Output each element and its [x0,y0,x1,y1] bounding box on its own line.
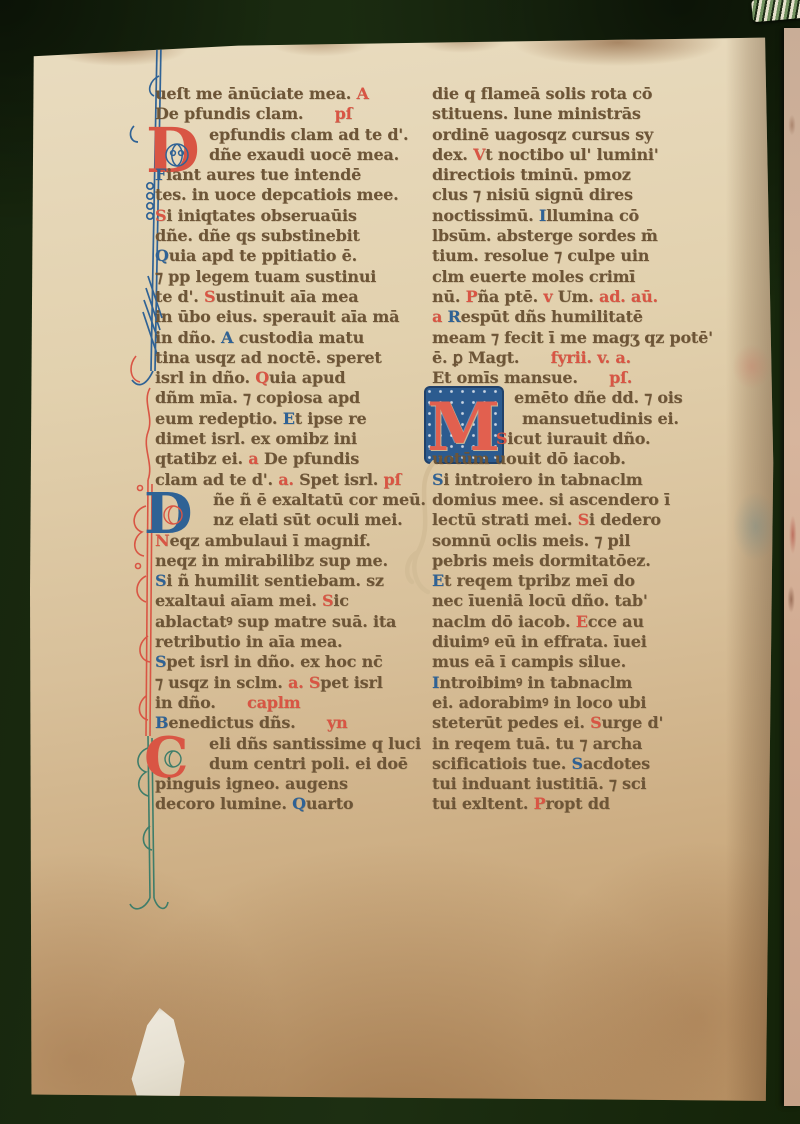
text-line: noctissimū. Illumina cō [432,206,754,226]
text-line: in dño. caplm [155,693,431,713]
text-line: tui induant iustitiā. ⁊ sci [432,774,754,794]
script-text: tes. in uoce depcatiois mee. [155,185,399,204]
text-line: directiois tminū. pmoz [432,165,754,185]
rubric-text: Q [292,794,306,813]
rubric-text: E [432,571,444,590]
script-text: icut iurauit dño. [507,429,650,448]
manuscript-page: D D C M ueſt me ānūciate mea. ADe pfundi… [30,36,774,1102]
script-text: dñm mīa. ⁊ copiosa apd [155,388,360,407]
script-text: clm euerte moles crimī [432,267,635,286]
script-text: nū. [432,287,466,306]
script-text: lbsūm. absterge sordes m̄ [432,226,658,245]
script-text: ⁊ pp legem tuam sustinui [155,267,376,286]
script-text: i dedero [589,510,661,529]
text-line: steterūt pedes ei. Surge d' [432,713,754,733]
script-text: ē. ꝑ Magt. [432,348,525,367]
script-text: dñe exaudi uocē mea. [209,145,399,164]
text-line: uotūm uouit dō iacob. [432,449,754,469]
script-text: i introiero in tabnaclm [443,470,642,489]
rubric-text: S [322,591,333,610]
script-text: uotūm uouit dō iacob. [432,449,626,468]
script-text: pinguis igneo. augens [155,774,348,793]
text-line: retributio in aīa mea. [155,632,431,652]
script-text: ñe ñ ē exaltatū cor meū. [213,490,426,509]
text-line: nz elati sūt oculi mei. [155,510,431,530]
script-text: cce au [588,612,644,631]
script-text: espūt dñs humilitatē [461,307,643,326]
script-text: dum centri poli. ei doē [209,754,408,773]
script-text: retributio in aīa mea. [155,632,342,651]
text-line: naclm dō iacob. Ecce au [432,612,754,632]
rubric-text: a [432,307,448,326]
script-text: ustinuit aīa mea [215,287,358,306]
rubric-text: E [283,409,295,428]
text-line: die q flameā solis rota cō [432,84,754,104]
endband-icon [751,0,800,22]
script-text: Spet isrl. [299,470,383,489]
script-text: dñe. dñe qs substinebit [155,226,360,245]
script-text: neqz in mirabilibz sup me. [155,551,388,570]
text-line: eum redeptio. Et ipse re [155,409,431,429]
script-text: domius mee. si ascendero ī [432,490,670,509]
script-text: ⁊ usqz in sclm. [155,673,288,692]
script-text: iant aures tue intendē [166,165,361,184]
script-text: epfundis clam ad te d'. [209,125,408,144]
text-line: dimet isrl. ex omibz ini [155,429,431,449]
rubric-text: V [473,145,485,164]
rubric-text: caplm [247,693,300,712]
script-text: De pfundis [264,449,359,468]
rubric-text: P [534,794,546,813]
script-text: directiois tminū. pmoz [432,165,631,184]
text-line: Sicut iurauit dño. [432,429,754,449]
script-text: custodia matu [233,328,364,347]
text-line: pinguis igneo. augens [155,774,431,794]
rubric-text: a. S [288,673,320,692]
text-line: diuimꝰ eū in effrata. īuei [432,632,754,652]
script-text: naclm dō iacob. [432,612,576,631]
rubric-text: S [432,470,443,489]
text-line: meam ⁊ fecit ī me magʒ qz potē' [432,328,754,348]
text-column-left: ueſt me ānūciate mea. ADe pfundis clam. … [155,84,431,815]
text-line: isrl in dño. Quia apud [155,368,431,388]
text-line: dñe exaudi uocē mea. [155,145,431,165]
script-text: enedictus dñs. [168,713,301,732]
script-text: uia apud [269,368,345,387]
rubric-text: Q [255,368,269,387]
text-line: pebris meis dormitatōez. [432,551,754,571]
text-line: ⁊ usqz in sclm. a. Spet isrl [155,673,431,693]
text-line: mus eā ī campis silue. [432,652,754,672]
script-text: tium. resolue ⁊ culpe uin [432,246,649,265]
text-line: decoro lumine. Quarto [155,794,431,814]
script-text: in reqem tuā. tu ⁊ archa [432,734,642,753]
script-text: exaltaui aīam mei. [155,591,322,610]
text-line: dñm mīa. ⁊ copiosa apd [155,388,431,408]
rubric-text: S [155,571,166,590]
rubric-text: v [543,287,557,306]
script-text: t noctibo ul' lumini' [485,145,658,164]
text-line: tes. in uoce depcatiois mee. [155,185,431,205]
script-text: ordinē uagosqz cursus sy [432,125,653,144]
rubric-text: N [155,531,169,550]
script-text: dimet isrl. ex omibz ini [155,429,357,448]
text-line: domius mee. si ascendero ī [432,490,754,510]
script-text: mansuetudinis ei. [522,409,679,428]
script-text: meam ⁊ fecit ī me magʒ qz potē' [432,328,713,347]
text-line: tina usqz ad noctē. speret [155,348,431,368]
rubric-text: S [155,652,166,671]
text-line: ablactatꝰ sup matre suā. ita [155,612,431,632]
script-text: tui induant iustitiā. ⁊ sci [432,774,646,793]
rubric-text: Q [155,246,169,265]
text-line: in ūbo eius. sperauit aīa mā [155,307,431,327]
script-text: Um. [558,287,599,306]
rubric-text: S [496,429,507,448]
script-text: i iniqtates obseruaūis [166,206,356,225]
script-text: te d'. [155,287,204,306]
text-line: clus ⁊ nisiū signū dires [432,185,754,205]
script-text: ña ptē. [477,287,543,306]
script-text: pet isrl in dño. ex hoc nc̄ [166,652,382,671]
script-text: pebris meis dormitatōez. [432,551,651,570]
script-text: lectū strati mei. [432,510,578,529]
rubric-text: S [590,713,601,732]
script-text: t ipse re [295,409,367,428]
rubric-text: fyrii. v. a. [551,348,631,367]
script-text: ropt dd [545,794,609,813]
rubric-text: R [448,307,461,326]
text-line: nec īueniā locū dño. tab' [432,591,754,611]
text-line: Neqz ambulaui ī magnif. [155,531,431,551]
script-text: urge d' [601,713,663,732]
script-text: noctissimū. [432,206,539,225]
parchment-repair-patch [130,1008,208,1104]
script-text: somnū oclis meis. ⁊ pil [432,531,630,550]
script-text: acdotes [583,754,650,773]
script-text: die q flameā solis rota cō [432,84,652,103]
text-line: ordinē uagosqz cursus sy [432,125,754,145]
rubric-text: E [576,612,588,631]
rubric-text: a. [278,470,299,489]
script-text: ablactatꝰ sup matre suā. ita [155,612,396,631]
rubric-text: a [248,449,264,468]
script-text: steterūt pedes ei. [432,713,590,732]
text-line: a Respūt dñs humilitatē [432,307,754,327]
script-text: dex. [432,145,473,164]
script-text: eli dñs santissime q luci [209,734,421,753]
text-line: in dño. A custodia matu [155,328,431,348]
text-line: dum centri poli. ei doē [155,754,431,774]
text-line: epfundis clam ad te d'. [155,125,431,145]
script-text: clus ⁊ nisiū signū dires [432,185,633,204]
script-text: decoro lumine. [155,794,292,813]
text-line: tium. resolue ⁊ culpe uin [432,246,754,266]
text-line: dex. Vt noctibo ul' lumini' [432,145,754,165]
text-line: eli dñs santissime q luci [155,734,431,754]
script-text: ei. adorabimꝰ in loco ubi [432,693,646,712]
text-line: clm euerte moles crimī [432,267,754,287]
rubric-text: B [155,713,168,732]
rubric-text: pſ [384,470,402,489]
script-text: scificatiois tue. [432,754,571,773]
rubric-text: ad. aū. [599,287,658,306]
script-text: pet isrl [320,673,382,692]
script-text: isrl in dño. [155,368,255,387]
text-line: Introibimꝰ in tabnaclm [432,673,754,693]
script-text: clam ad te d'. [155,470,278,489]
text-column-right: die q flameā solis rota cōstituens. lune… [432,84,754,815]
script-text: stituens. lune ministrās [432,104,641,123]
text-line: neqz in mirabilibz sup me. [155,551,431,571]
script-text: De pfundis clam. [155,104,309,123]
script-text: ntroibimꝰ in tabnaclm [439,673,632,692]
underlying-page-edge [784,28,800,1106]
script-text: qtatibz ei. [155,449,248,468]
text-line: Si iniqtates obseruaūis [155,206,431,226]
script-text: in ūbo eius. sperauit aīa mā [155,307,399,326]
text-line: lbsūm. absterge sordes m̄ [432,226,754,246]
rubric-text: S [204,287,215,306]
text-line: ⁊ pp legem tuam sustinui [155,267,431,287]
text-line: lectū strati mei. Si dedero [432,510,754,530]
script-text: eqz ambulaui ī magnif. [169,531,370,550]
rubric-text: S [155,206,166,225]
script-text: tui exltent. [432,794,534,813]
script-text: uarto [306,794,354,813]
rubric-text: pſ [335,104,353,123]
script-text: t reqem tpribz meī do [444,571,635,590]
script-text: in dño. [155,693,221,712]
script-text: llumina cō [546,206,639,225]
text-line: clam ad te d'. a. Spet isrl. pſ [155,470,431,490]
text-line: Si ñ humilit sentiebam. sz [155,571,431,591]
text-line: Benedictus dñs. yn [155,713,431,733]
rubric-text: yn [327,713,348,732]
script-text: ueſt me ānūciate mea. [155,84,357,103]
text-line: Spet isrl in dño. ex hoc nc̄ [155,652,431,672]
script-text: mus eā ī campis silue. [432,652,626,671]
script-text: in dño. [155,328,221,347]
script-text: i ñ humilit sentiebam. sz [166,571,383,590]
text-line: dñe. dñe qs substinebit [155,226,431,246]
rubric-text: A [357,84,369,103]
rubric-text: P [466,287,478,306]
text-line: somnū oclis meis. ⁊ pil [432,531,754,551]
text-line: ñe ñ ē exaltatū cor meū. [155,490,431,510]
rubric-text: A [221,328,233,347]
text-line: ē. ꝑ Magt. fyrii. v. a. [432,348,754,368]
manuscript-photo: { "artifact_title": "Illuminated manuscr… [0,0,800,1124]
script-text: nz elati sūt oculi mei. [213,510,403,529]
text-line: Et omīs mansue. pſ. [432,368,754,388]
text-line: exaltaui aīam mei. Sic [155,591,431,611]
script-text: uia apd te ppitiatio ē. [169,246,357,265]
text-line: stituens. lune ministrās [432,104,754,124]
script-text: ic [333,591,348,610]
rubric-text: pſ. [609,368,632,387]
text-line: in reqem tuā. tu ⁊ archa [432,734,754,754]
text-line: De pfundis clam. pſ [155,104,431,124]
text-line: ei. adorabimꝰ in loco ubi [432,693,754,713]
rubric-text: S [578,510,589,529]
script-text: eum redeptio. [155,409,283,428]
script-text: nec īueniā locū dño. tab' [432,591,648,610]
text-line: nū. Pña ptē. v Um. ad. aū. [432,287,754,307]
rubric-text: F [155,165,166,184]
script-text: Et omīs mansue. [432,368,583,387]
text-line: mansuetudinis ei. [432,409,754,429]
text-line: Fiant aures tue intendē [155,165,431,185]
text-line: Et reqem tpribz meī do [432,571,754,591]
text-line: scificatiois tue. Sacdotes [432,754,754,774]
script-text: diuimꝰ eū in effrata. īuei [432,632,647,651]
text-line: emēto dñe dd. ⁊ ois [432,388,754,408]
script-text: emēto dñe dd. ⁊ ois [514,388,683,407]
text-line: tui exltent. Propt dd [432,794,754,814]
text-line: Quia apd te ppitiatio ē. [155,246,431,266]
text-line: qtatibz ei. a De pfundis [155,449,431,469]
text-line: Si introiero in tabnaclm [432,470,754,490]
rubric-text: S [571,754,582,773]
text-line: ueſt me ānūciate mea. A [155,84,431,104]
script-text: tina usqz ad noctē. speret [155,348,382,367]
text-line: te d'. Sustinuit aīa mea [155,287,431,307]
